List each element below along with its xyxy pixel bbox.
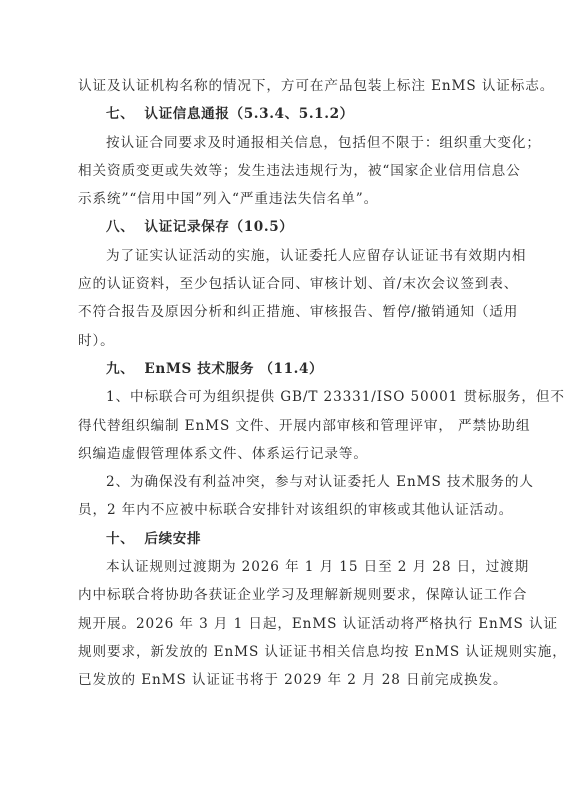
section-heading-9: 九、EnMS 技术服务 （11.4）: [78, 355, 490, 383]
paragraph-line: 按认证合同要求及时通报相关信息，包括但不限于：组织重大变化；: [78, 129, 490, 157]
section-title: 后续安排: [144, 531, 201, 547]
paragraph-line: 认证及认证机构名称的情况下，方可在产品包装上标注 EnMS 认证标志。: [78, 72, 490, 100]
paragraph-line: 不符合报告及原因分析和纠正措施、审核报告、暂停/撤销通知（适用: [78, 298, 490, 326]
paragraph-line: 为了证实认证活动的实施，认证委托人应留存认证证书有效期内相: [78, 242, 490, 270]
paragraph-line: 规开展。2026 年 3 月 1 日起，EnMS 认证活动将严格执行 EnMS …: [78, 610, 490, 638]
section-heading-10: 十、后续安排: [78, 525, 490, 553]
section-number: 十、: [106, 531, 134, 547]
document-page: 认证及认证机构名称的情况下，方可在产品包装上标注 EnMS 认证标志。 七、认证…: [78, 72, 490, 695]
paragraph-line: 2、为确保没有利益冲突，参与对认证委托人 EnMS 技术服务的人: [78, 468, 490, 496]
paragraph-line: 本认证规则过渡期为 2026 年 1 月 15 日至 2 月 28 日，过渡期: [78, 553, 490, 581]
paragraph-line: 已发放的 EnMS 认证证书将于 2029 年 2 月 28 日前完成换发。: [78, 666, 490, 694]
paragraph-line: 得代替组织编制 EnMS 文件、开展内部审核和管理评审， 严禁协助组: [78, 412, 490, 440]
section-title: EnMS 技术服务 （11.4）: [144, 361, 323, 377]
paragraph-line: 员，2 年内不应被中标联合安排针对该组织的审核或其他认证活动。: [78, 496, 490, 524]
section-heading-8: 八、认证记录保存（10.5）: [78, 213, 490, 241]
paragraph-line: 织编造虚假管理体系文件、体系运行记录等。: [78, 440, 490, 468]
section-number: 八、: [106, 219, 134, 235]
section-title: 认证记录保存（10.5）: [144, 219, 293, 235]
paragraph-line: 相关资质变更或失效等；发生违法违规行为，被“国家企业信用信息公: [78, 157, 490, 185]
section-number: 七、: [106, 106, 134, 122]
section-heading-7: 七、认证信息通报（5.3.4、5.1.2）: [78, 100, 490, 128]
section-number: 九、: [106, 361, 134, 377]
paragraph-line: 内中标联合将协助各获证企业学习及理解新规则要求，保障认证工作合: [78, 581, 490, 609]
paragraph-line: 应的认证资料，至少包括认证合同、审核计划、首/末次会议签到表、: [78, 270, 490, 298]
paragraph-line: 规则要求，新发放的 EnMS 认证证书相关信息均按 EnMS 认证规则实施，: [78, 638, 490, 666]
section-title: 认证信息通报（5.3.4、5.1.2）: [144, 106, 353, 122]
paragraph-line: 示系统”“信用中国”列入“严重违法失信名单”。: [78, 185, 490, 213]
paragraph-line: 时）。: [78, 327, 490, 355]
paragraph-line: 1、中标联合可为组织提供 GB/T 23331/ISO 50001 贯标服务，但…: [78, 383, 490, 411]
